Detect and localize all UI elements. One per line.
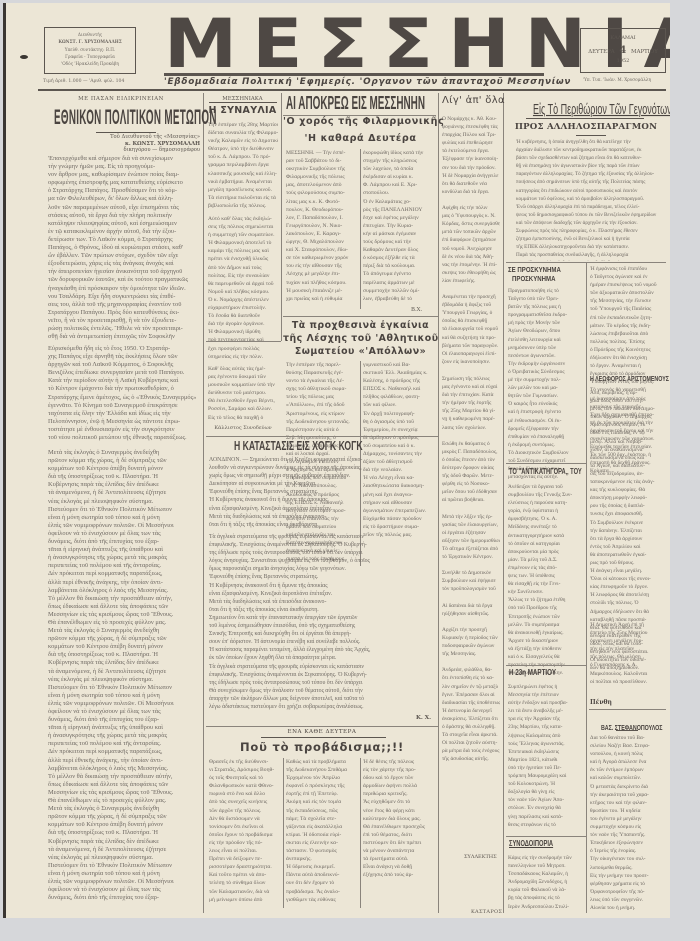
publisher-line-1: Διευθυντής <box>45 31 135 38</box>
kicker-rule <box>209 102 277 103</box>
masthead-rule-bottom <box>38 89 666 91</box>
apokreo-col-1: ΜΕΣΣΗΝΗ. — Τὴν ἑσπέ-ραν τοῦ Σαββάτου τὸ … <box>286 149 358 305</box>
apollon-headline-1: Τὰ προχθεσινὰ ἐγκαίνια <box>283 319 438 332</box>
korea-headline-box: Η ΚΑΤΑΣΤΑΣΙΣ ΕΙΣ ΧΟΓΚ ΚΟΓΚ <box>206 437 438 455</box>
section-rule <box>206 726 438 727</box>
gerokotsa-headline: Εἰς Τὸ Περιθώριον Τῶν Γεγονότων <box>533 100 670 118</box>
obituary-headline: ΒΑΣ. ΣΤΕΦΑΝΟΠΟΥΛΟΣ <box>601 723 663 733</box>
synodoiporia-body: Κάρις εἰς τὴν συνδρομὴν τῶνπανελληνίων τ… <box>508 854 584 914</box>
korea-body-2: Τὰ ἀγγλικὰ στρατεύματα τῆς φρουρᾶς εὑρίσ… <box>209 533 435 717</box>
punch-hole <box>20 55 28 59</box>
section-rule <box>283 316 438 317</box>
martiou-headline-box: Η 23η ΜΑΡΤΙΟΥ <box>509 668 587 680</box>
section-rule <box>206 341 281 342</box>
section-rule <box>506 262 666 263</box>
apokreo-subhead-1: 'Ο χορός τῆς Φιλαρμονικῆς <box>283 116 438 127</box>
pou-col-2: Καθὼς καὶ τὰ προβλήματατῆς Δωδεκανήσου Σ… <box>286 758 358 908</box>
column-rule <box>503 93 504 913</box>
publisher-box: Διευθυντής ΚΩΝΣΤ. Γ. ΧΡΥΣΟΜΑΛΛΗΣ Υπεύθ. … <box>44 27 136 74</box>
column-rule <box>586 263 587 913</box>
lead-headline-rule <box>96 132 156 133</box>
ligap-body: Ο Νομάρχης κ. Ἀθ. Κου-φογιάννης ἐπεσκέφθ… <box>442 115 500 373</box>
synodoiporia-headline: ΣΥΝΟΔΟΙΠΟΡΙΑ <box>509 839 565 849</box>
obituary-body: Δια τοῦ θανάτου τοῦ Βα-σιλείου Ναζήτ Βασ… <box>590 734 666 914</box>
martiou-body: Συμπληρώνει ἐφέτος ἡΜεσσηνία τὴν ἐπέτειο… <box>508 683 584 833</box>
lead-byline-3: δικηγόρου — δημοσιογράφου <box>102 147 200 154</box>
leoforos-headline: Η ΛΕΩΦΟΡΟΣ ΑΡΙΣΤΟΜΕΝΟΥΣ <box>590 374 645 384</box>
date-day: ΔΕΥΤΕΡΑ <box>588 49 614 55</box>
column-rule <box>438 93 439 913</box>
scan-margin <box>670 0 700 941</box>
date-month: ΜΑΡΤΙΟΥ <box>631 49 658 55</box>
apokreo-headline-box: ΑΙ ΑΠΟΚΡΕΩ ΕΙΣ ΜΕΣΣΗΝΗΝ <box>283 93 436 116</box>
column-rule <box>360 758 361 908</box>
section-rule <box>589 709 666 710</box>
martiou-headline: Η 23η ΜΑΡΤΙΟΥ <box>509 668 570 678</box>
column-rule <box>281 93 282 341</box>
proseykhi-body: Ἡ Δημοτικὴ Ἀρχὴ ἐπὶ τῇἐπετείῳ τῆς 25ης Μ… <box>590 621 666 693</box>
masthead-rule-top <box>164 73 544 76</box>
leoforos-headline-box: Η ΛΕΩΦΟΡΟΣ ΑΡΙΣΤΟΜΕΝΟΥΣ <box>590 374 668 386</box>
newspaper-page: Διευθυντής ΚΩΝΣΤ. Γ. ΧΡΥΣΟΜΑΛΛΗΣ Υπεύθ. … <box>3 3 670 918</box>
pou-kicker: ΕΝΑ ΚΑΘΕ ΔΕΥΤΕΡΑ <box>206 729 438 735</box>
date-number: 4 <box>619 45 626 56</box>
messiniaka-body: Τὴν ἑσπέραν τῆς 28ης Μαρτίουδίδεται συνα… <box>208 121 278 213</box>
pou-headline: Ποῦ τὸ προβάδισμα;;!! <box>206 740 438 754</box>
korea-headline: Η ΚΑΤΑΣΤΑΣΙΣ ΕΙΣ ΧΟΓΚ ΚΟΓΚ <box>234 437 381 455</box>
antikatigora-headline-box: ΤΟ "ΑΝΤΙΚΑΤΗΓΟΡΑ„ ΤΟΥ <box>509 467 587 479</box>
ligap-body-2: Σημείωση τῆς πόλεωςμας ἐγένοντο καὶ αἱ ε… <box>442 375 500 853</box>
obituary-kicker: Πένθη <box>590 699 612 706</box>
column-rule <box>360 149 361 309</box>
lead-headline: ΕΘΝΙΚΟΝ ΠΟΛΙΤΙΚΟΝ ΜΕΤΩΠΟΝ <box>54 104 194 132</box>
apollon-headline: Τὰ προχθεσινὰ ἐγκαίνια τῆς Λέσχης τοῦ 'Α… <box>283 319 438 358</box>
apokreo-subhead-2: 'Η καθαρά Δευτέρα <box>283 133 438 144</box>
synodoiporia-headline-box: ΣΥΝΟΔΟΙΠΟΡΙΑ <box>509 839 587 851</box>
date-year: 1952 <box>581 58 665 64</box>
lead-body: 'Επανερχόμεθα καὶ σήμερον διὰ νὰ συνεχίσ… <box>48 155 198 341</box>
pou-col-1: Θρασεῖς ἐκ τῆς διεύθυνσι-νι Στρατιᾶς, Δρ… <box>209 758 281 908</box>
obituary-headline-box: ΒΑΣ. ΣΤΕΦΑΝΟΠΟΥΛΟΣ <box>589 715 666 727</box>
gerokotsa-subhead: ΠΡΟΣ ΑΛΛΗΛΟΣΠΑΡΑΓΜΟΝ <box>506 122 666 132</box>
proskinima-headline: ΣΕ ΠΡΟΣΚΥΝΗΜΑ ΠΡΟΣΚΥΝΗΜΑ <box>508 265 584 283</box>
column-rule <box>203 93 204 913</box>
section-rule <box>506 665 586 666</box>
apollon-headline-3: Σωματείου «'Απόλλων» <box>283 345 438 358</box>
pou-signature: ΚΑΣΤΑΡΟΣ <box>471 909 502 915</box>
apokreo-signature: Β.Χ. <box>411 307 422 313</box>
gerokotsa-headline-box: Εἰς Τὸ Περιθώριον Τῶν Γεγονότων <box>506 97 666 117</box>
lead-kicker: ΜΕ ΠΑΣΑΝ ΕΙΛΙΚΡΙΝΕΙΑΝ <box>46 96 196 102</box>
apokreo-headline: ΑΙ ΑΠΟΚΡΕΩ ΕΙΣ ΜΕΣΣΗΝΗΝ <box>286 93 379 116</box>
date-box: ΚΑΛΑΜΑΙ ΔΕΥΤΕΡΑ 4 ΜΑΡΤΙΟΥ 1952 <box>580 28 666 73</box>
kicker-rule <box>261 737 386 738</box>
section-rule <box>506 463 586 464</box>
section-rule <box>506 836 586 837</box>
apokreo-col-2: ἐκορυφώθη ἰδίως κατὰ τὴνστιγμὴν τῆς κληρ… <box>363 149 435 305</box>
antikatigora-headline: ΤΟ "ΑΝΤΙΚΑΤΗΓΟΡΑ„ ΤΟΥ <box>509 467 565 477</box>
proskinima-body: Πραγματοποιήθη εἰς τὸΤαΰγετο ὑπὸ τῶν Ὀρε… <box>508 287 584 483</box>
masthead-title: ΜΕΣΣΗΝΙΑ <box>164 11 612 79</box>
publisher-line-5: 'Οδός 'Ηρακλείδη Προκάβη <box>45 60 135 67</box>
headline-rule <box>576 135 606 136</box>
column-rule <box>283 758 284 908</box>
lead-body-2: Εὑρισκόμεθα ἤδη εἰς τὸ ἔτος 1950. Ὁ Στρα… <box>48 345 198 445</box>
ligap-signature: ΣΥΛΛΕΚΤΗΣ <box>464 854 497 860</box>
korea-signature: Κ. Χ. <box>416 715 431 721</box>
lead-body-3: Μετὰ τὰς ἐκλογὰς ὁ Συναγερμὸς ἀνεδείχθηπ… <box>48 449 198 911</box>
apollon-headline-2: τῆς Λέσχης τοῦ 'Αθλητικοῦ <box>283 332 438 345</box>
publisher-line-3: Υπεύθ. συντάκτης: Β.Π. <box>45 46 135 53</box>
antikatigora-body: Ἀνέδειξαν τὰ ὄργανα τοῦσυμβουλίου τῆς Γε… <box>508 483 584 679</box>
lead-byline-1: Τοῦ Διευθυντοῦ τῆς «Μεσσηνίας» <box>102 134 200 141</box>
messiniaka-headline: Η ΣΥΝΑΥΛΙΑ <box>206 105 279 116</box>
price-line: Τιμή ἀριθ. 1.000 — 'Αριθ. φύλ. 104 <box>43 79 124 84</box>
messiniaka-body-3: Καθ' ὅλας αὐτὰς τὰς ἡμέ-ρας ἐγένοντο δοκ… <box>208 365 278 425</box>
messiniaka-signature: Κάλλιστος Συνοδεύων <box>208 425 278 431</box>
gerokotsa-body: 'Η κυβέρνησις, ἡ ὁποία ἀνηγγέλθη ὅτι θὰ … <box>516 139 666 261</box>
publisher-line-4: Γραφεῖα - Τυπογραφεῖα <box>45 53 135 60</box>
headline-rule <box>616 730 638 731</box>
masthead-subtitle: 'Εβδομαδιαία Πολιτική 'Εφημερίς. 'Οργανο… <box>164 77 571 87</box>
editor-note: 'Υπ. Τυπ. 'Ιωάν. Μ. Χρυσομάλλη <box>583 77 651 82</box>
headline-rule <box>526 118 644 119</box>
korea-body: ΛΟΝΔΙΝΟΝ. — Σημειώνεται ὅτι οἱ Κινέζοι κ… <box>209 456 435 530</box>
lead-byline: Τοῦ Διευθυντοῦ τῆς «Μεσσηνίας» κ. ΚΩΝΣΤ.… <box>102 134 200 154</box>
ligap-headline: Λίγ' ἀπ' ὅλα <box>442 95 505 106</box>
date-city: ΚΑΛΑΜΑΙ <box>581 35 665 41</box>
publisher-name: ΚΩΝΣΤ. Γ. ΧΡΥΣΟΜΑΛΛΗΣ <box>45 38 135 45</box>
pou-col-3: Ἡ δὲ θέσις τῆς πόλεωςεἰς τὸν χάρτην τῆς … <box>363 758 435 884</box>
